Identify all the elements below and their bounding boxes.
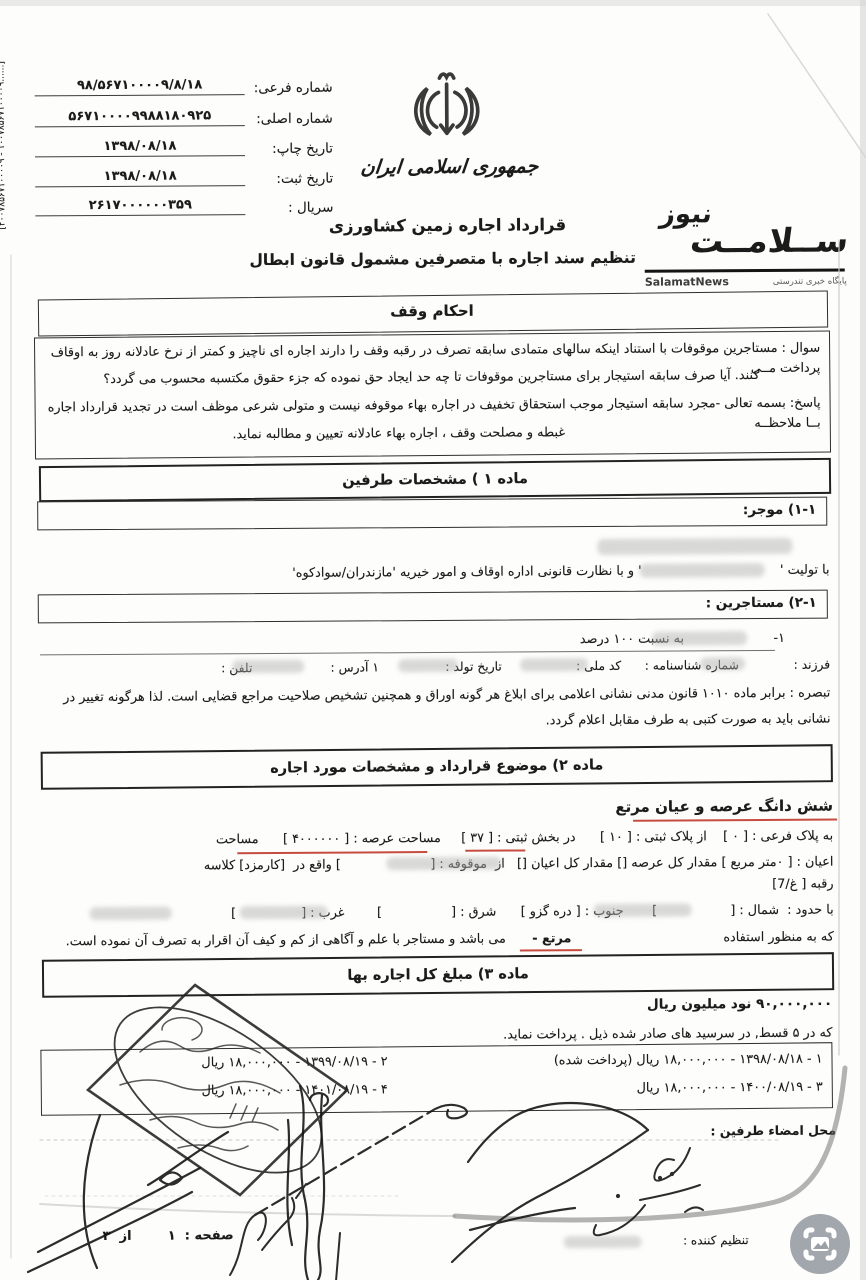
image-viewer-button[interactable] <box>788 1212 852 1276</box>
mostajer-bar: ۲-۱) مستاجرین : <box>38 590 828 624</box>
redacted-moghufe-name <box>386 857 501 871</box>
red-underline-headline <box>633 819 837 823</box>
logo-latin-name: SalamatNews <box>645 275 729 289</box>
installment-4: ۴ - ۱۴۰۱/۰۸/۱۹ - ۱۸,۰۰۰,۰۰۰ ریال <box>58 1080 388 1102</box>
redacted-mostajer-name <box>652 631 747 646</box>
redacted-mojer-name <box>597 538 792 555</box>
field-serial-label: سریال : <box>197 200 333 217</box>
use-line-left: می باشد و مستاجر با علم و آگاهی از کم و … <box>44 930 506 953</box>
doc-title-line2: تنظیم سند اجاره با متصرفین مشمول قانون ا… <box>208 248 678 269</box>
tabsare-line1: تبصره : برابر ماده ۱۰۱۰ قانون مدنی نشانی… <box>40 684 830 709</box>
raghabe-line: رقبه [ غ/7] <box>41 875 833 900</box>
use-line-value: مرتع - <box>517 929 587 949</box>
installment-1: ۱ - ۱۳۹۸/۰۸/۱۸ - ۱۸,۰۰۰,۰۰۰ ریال (پرداخت… <box>403 1050 823 1073</box>
tabsare-line2: نشانی باید به صورت کتبی به طرف مقابل اعل… <box>40 710 830 735</box>
logo-tagline: پایگاه خبری تندرستی <box>773 276 847 286</box>
redacted-tolyat-name <box>640 563 765 578</box>
signature-place-label: محل امضاء طرفین : <box>698 1123 836 1139</box>
redacted-national-id <box>520 658 588 671</box>
ahkam-line4: غبطه و مصلحت وقف ، اجاره بهاء عادلانه تع… <box>149 423 649 446</box>
red-underline-area <box>237 851 427 855</box>
field-print-date-label: تاریخ چاپ: <box>197 141 333 158</box>
iran-emblem-icon <box>395 70 500 163</box>
use-line-right: که به منظور استفاده <box>642 928 834 949</box>
madeh2-headline: شش دانگ عرصه و عیان مرتع <box>41 797 833 820</box>
installment-2: ۲ - ۱۳۹۹/۰۸/۱۹ - ۱۸,۰۰۰,۰۰۰ ریال <box>58 1052 388 1074</box>
mojer-bar: ۱-۱) موجر: <box>37 497 827 531</box>
margin-serial-vertical: [۲۰۰۷۸۵۶۷۱۰۰۰۰۹ - ۱۰۰۷۸۵۶۷۱۰۰۰۰۹......] <box>0 55 7 230</box>
redacted-preparer-name <box>564 1236 642 1248</box>
redacted-west-bound <box>90 907 172 921</box>
redacted-address <box>232 660 304 673</box>
redacted-birth-date <box>398 659 458 672</box>
field-sub-number-label: شماره فرعی: <box>197 80 333 97</box>
plak-line: به پلاک فرعی : [ ۰ ] از پلاک ثبتی : [ ۱۰… <box>41 827 833 852</box>
red-underline-use <box>520 949 582 952</box>
paper-edge-right <box>860 0 866 1280</box>
scanned-contract-page: [۲۰۰۷۸۵۶۷۱۰۰۰۰۹ - ۱۰۰۷۸۵۶۷۱۰۰۰۰۹......] … <box>0 0 866 1280</box>
red-underline-plak <box>465 849 525 852</box>
madeh2-heading-bar: ماده ۲) موضوع قرارداد و مشخصات مورد اجار… <box>41 744 833 790</box>
field-register-date-label: تاریخ ثبت: <box>197 171 333 188</box>
paper-edge-top <box>0 0 866 6</box>
emblem-caption: جمهوری اسلامی ایران <box>341 155 558 178</box>
logo-underline <box>645 268 845 272</box>
redacted-north-bound <box>594 903 692 917</box>
field-main-number-label: شماره اصلی: <box>197 111 333 128</box>
page-number-line: صفحه : ۱ از ۳ <box>54 1228 234 1244</box>
installment-3: ۳ - ۱۴۰۰/۰۸/۱۹ - ۱۸,۰۰۰,۰۰۰ ریال <box>403 1078 823 1101</box>
madeh3-heading-bar: ماده ۳) مبلغ کل اجاره بها <box>42 952 834 998</box>
doc-title-line1: قرارداد اجاره زمین کشاورزی <box>247 215 647 236</box>
redacted-father-name <box>700 657 745 670</box>
logo-title-salamat: ســلامــت <box>688 220 851 260</box>
amount-line: ۹۰,۰۰۰,۰۰۰ نود میلیون ریال <box>42 996 832 1017</box>
redacted-east-bound <box>240 906 328 920</box>
madeh1-heading-bar: ماده ۱ ) مشخصات طرفین <box>39 458 831 502</box>
